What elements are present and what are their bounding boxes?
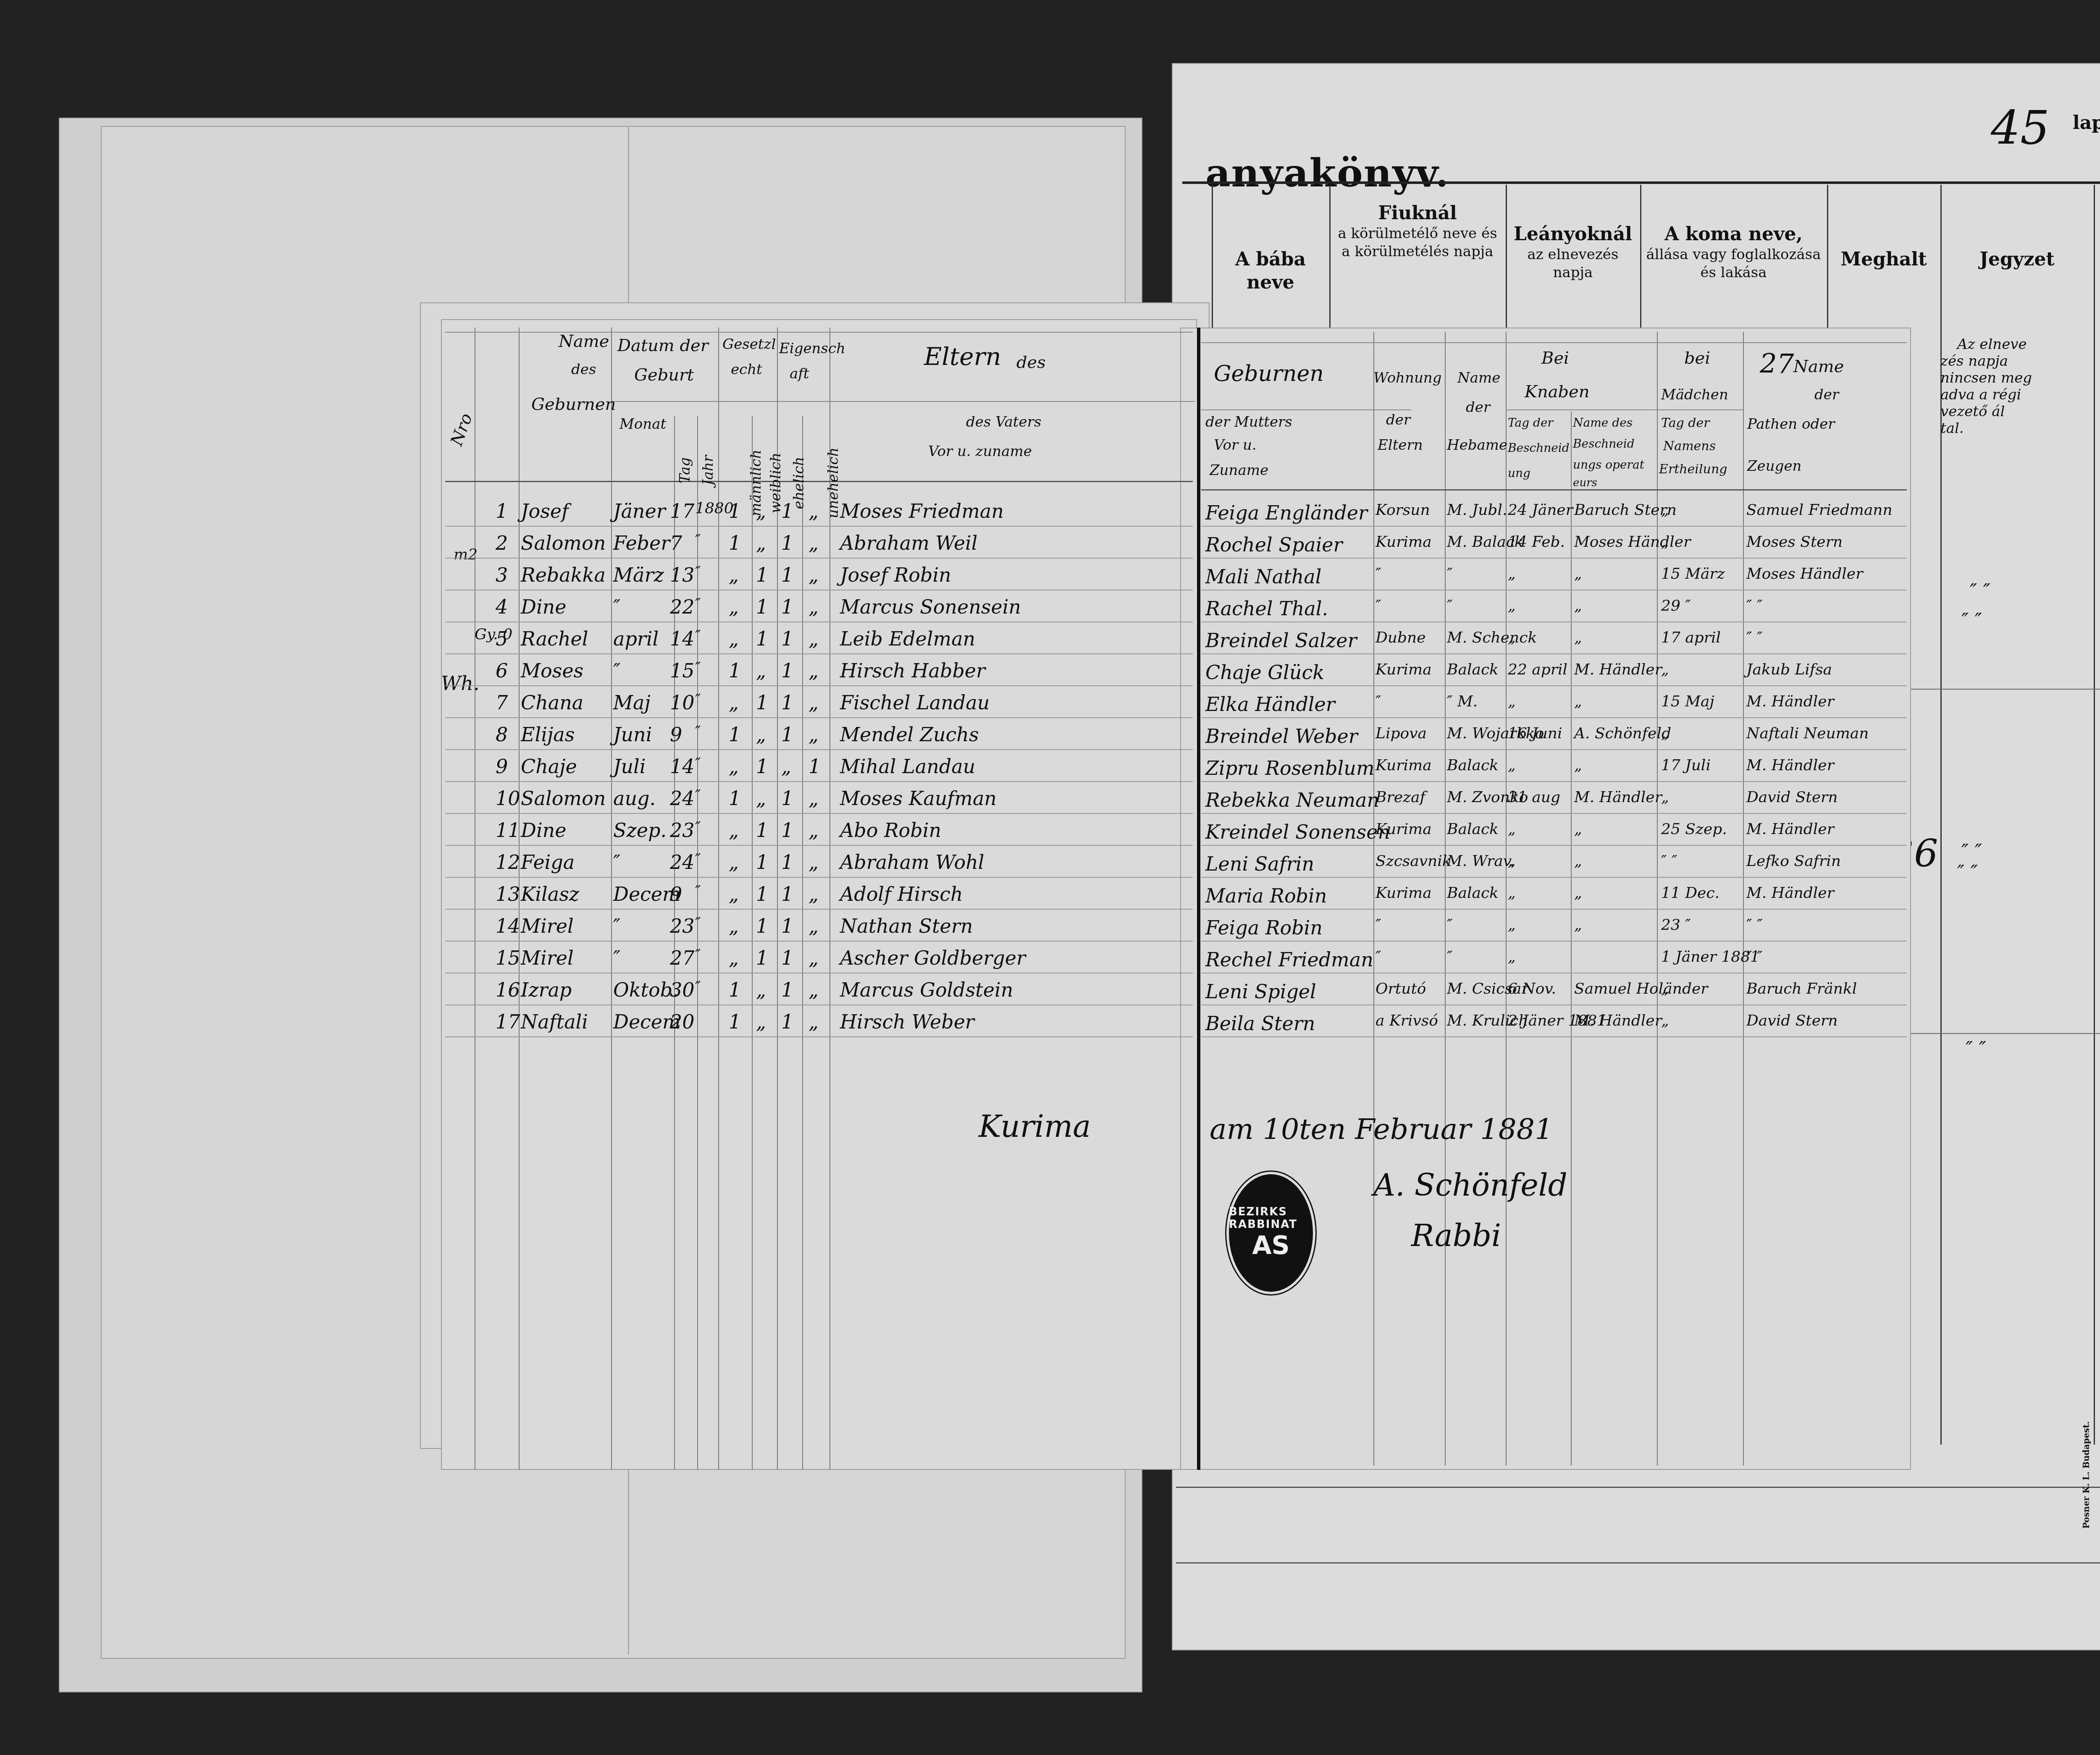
entry-c3: 1 [781,947,793,969]
entry-midwife: ″ [1447,948,1452,965]
col-header-girls-naming: Leányoknál az elnevezés napja [1508,223,1638,281]
entry-circ-name: A. Schönfeld [1574,725,1671,742]
entry-c1: 1 [729,532,741,554]
entry-name: Chaje [521,755,577,778]
entry-c2: „ [756,500,766,522]
entry-mother: Chaje Glück [1205,661,1324,684]
entry-mother: Feiga Engländer [1205,501,1368,524]
form-title-rule [1182,181,2100,184]
entry-c4: „ [808,500,819,522]
entry-c1: „ [729,595,739,618]
margin-note: m2 [454,546,478,563]
entry-circ-day: „ [1508,757,1516,774]
entry-naming-day: „ [1661,533,1669,551]
entry-year: ″ [695,819,701,836]
entry-name: Josef [521,500,569,522]
notes-column-remark: Az elneve zés napja nincsen meg adva a r… [1940,336,2092,437]
entry-year: 1880 [695,500,734,517]
entry-nr: 15 [496,947,520,969]
col-header-died: Meghalt [1829,248,1938,271]
entry-c1: „ [729,851,739,874]
entry-c3: 1 [781,500,793,522]
col-header-circumcision: Fiuknál a körülmetélő neve és a körülmet… [1331,202,1504,260]
entry-month: März [613,564,664,586]
entry-c2: 1 [756,819,768,842]
entry-residence: a Krivsó [1375,1012,1438,1029]
entry-sponsor: Lefko Safrin [1746,853,1841,870]
entry-month: Juni [613,723,652,746]
entry-c3: 1 [781,883,793,905]
entry-month: Jäner [613,500,666,522]
entry-mother: Kreindel Sonensen [1205,821,1390,843]
entry-c4: „ [808,627,819,650]
entry-c2: „ [756,978,766,1001]
entry-midwife: M. Wrav. [1447,853,1515,870]
entry-name: Elijas [521,723,575,746]
entry-father: Abo Robin [840,819,941,842]
entry-mother: Zipru Rosenblum [1205,757,1375,779]
entry-sponsor: Moses Händler [1746,565,1863,582]
entry-year: ″ [695,915,701,932]
entry-nr: 12 [496,851,520,874]
entry-day: 17 [670,500,695,522]
entry-residence: Kurima [1375,884,1432,902]
entry-circ-name: „ [1574,853,1582,870]
entry-year: ″ [695,723,701,740]
rabbinate-seal-stamp: BEZIRKS RABBINAT AS [1226,1172,1315,1294]
entry-midwife: Balack [1447,821,1499,838]
entry-sponsor: David Stern [1746,1012,1838,1029]
entry-naming-day: „ [1661,980,1669,997]
entry-c1: 1 [729,787,741,810]
entry-midwife: M. Schenck [1447,629,1537,646]
entry-c3: 1 [781,978,793,1001]
entry-nr: 8 [496,723,508,746]
entry-name: Dine [521,595,566,618]
entry-day: 23 [670,915,695,937]
entry-c2: 1 [756,595,768,618]
entry-naming-day: „ [1661,1012,1669,1029]
entry-naming-day: 25 Szep. [1661,821,1727,838]
entry-sponsor: David Stern [1746,789,1838,806]
entry-name: Dine [521,819,566,842]
entry-nr: 5 [496,627,508,650]
entry-c1: „ [729,627,739,650]
entry-nr: 10 [496,787,520,810]
entry-mother: Elka Händler [1205,693,1335,716]
entry-name: Mirel [521,915,574,937]
entry-c3: 1 [781,564,793,586]
entry-circ-name: „ [1574,821,1582,838]
entry-sponsor: ″ ″ [1746,629,1762,646]
entry-residence: Kurima [1375,757,1432,774]
entry-naming-day: 17 april [1661,629,1721,646]
entry-nr: 7 [496,691,508,714]
entry-day: 20 [670,1010,695,1033]
entry-day: 22 [670,595,695,618]
entry-midwife: Balack [1447,884,1499,902]
entry-circ-day: „ [1508,948,1516,965]
entry-c1: 1 [729,1010,741,1033]
entry-month: Feber [613,532,670,554]
entry-name: Kilasz [521,883,579,905]
entry-month: april [613,627,659,650]
entry-c2: 1 [756,947,768,969]
entry-residence: Kurima [1375,821,1432,838]
entry-c4: „ [808,947,819,969]
entry-nr: 4 [496,595,508,618]
entry-circ-name: „ [1574,597,1582,614]
entry-month: ″ [613,915,620,937]
entry-c1: „ [729,915,739,937]
entry-day: 13 [670,564,695,586]
entry-residence: Brezaf [1375,789,1425,806]
entry-name: Naftali [521,1010,588,1033]
entry-circ-name: „ [1574,693,1582,710]
entry-month: Maj [613,691,651,714]
entry-c4: „ [808,883,819,905]
entry-year: ″ [695,564,701,581]
entry-day: 14 [670,755,695,778]
entry-month: Szep. [613,819,667,842]
entry-circ-day: „ [1508,565,1516,582]
entry-residence: ″ [1375,597,1381,614]
entry-month: ″ [613,947,620,969]
entry-c2: 1 [756,627,768,650]
entry-c4: „ [808,532,819,554]
entry-circ-name: „ [1574,916,1582,934]
entry-day: 7 [670,532,682,554]
entry-c3: 1 [781,627,793,650]
entry-day: 14 [670,627,695,650]
entry-father: Fischel Landau [840,691,990,714]
entry-residence: ″ [1375,565,1381,582]
entry-day: 24 [670,787,695,810]
entry-year: ″ [695,883,701,900]
entry-circ-name: Samuel Holänder [1574,980,1708,997]
entry-c2: „ [756,723,766,746]
entry-month: ″ [613,595,620,618]
entry-year: ″ [695,659,701,677]
entry-day: 9 [670,883,682,905]
entry-name: Izrap [521,978,572,1001]
entry-circ-day: „ [1508,884,1516,902]
entry-circ-name: „ [1574,757,1582,774]
entry-c3: 1 [781,723,793,746]
entry-c4: „ [808,978,819,1001]
entry-name: Rebakka [521,564,606,586]
entry-circ-day: 22 april [1508,661,1567,678]
entry-name: Salomon [521,787,606,810]
entry-c4: „ [808,723,819,746]
entry-father: Leib Edelman [840,627,975,650]
entry-father: Josef Robin [840,564,951,586]
entry-mother: Leni Safrin [1205,853,1314,875]
entry-residence: Kurima [1375,661,1432,678]
entry-mother: Rechel Friedman [1205,948,1373,971]
entry-midwife: ″ M. [1447,693,1478,710]
entry-nr: 1 [496,500,508,522]
entry-c3: 1 [781,595,793,618]
entry-residence: Ortutó [1375,980,1426,997]
entry-name: Moses [521,659,583,682]
entry-father: Marcus Goldstein [840,978,1013,1001]
entry-c4: „ [808,691,819,714]
entry-mother: Feiga Robin [1205,916,1323,939]
entry-c1: 1 [729,500,741,522]
entry-residence: Lipova [1375,725,1427,742]
entry-naming-day: „ [1661,501,1669,519]
entry-c1: 1 [729,723,741,746]
entry-year: ″ [695,755,701,772]
entry-c2: 1 [756,915,768,937]
entry-c2: 1 [756,564,768,586]
entry-father: Hirsch Weber [840,1010,974,1033]
entry-naming-day: „ [1661,725,1669,742]
entry-midwife: Balack [1447,757,1499,774]
entry-year: ″ [695,978,701,996]
entry-c3: 1 [781,691,793,714]
col-header-midwife: A bába neve [1214,248,1327,294]
entry-day: 24 [670,851,695,874]
entry-circ-name: M. Händler [1574,1012,1662,1029]
entry-c2: „ [756,659,766,682]
entry-nr: 13 [496,883,520,905]
entry-c3: 1 [781,532,793,554]
entry-c2: 1 [756,755,768,778]
spine-rule [1197,328,1200,1470]
entry-name: Mirel [521,947,574,969]
entry-sponsor: Samuel Friedmann [1746,501,1893,519]
entry-c1: „ [729,883,739,905]
entry-circ-day: „ [1508,821,1516,838]
entry-midwife: M. Jubl. [1447,501,1507,519]
entry-day: 15 [670,659,695,682]
entry-father: Mihal Landau [840,755,975,778]
entry-c4: „ [808,787,819,810]
entry-c3: „ [781,755,791,778]
entry-year: ″ [695,691,701,708]
entry-sponsor: Jakub Lifsa [1746,661,1832,678]
entry-father: Ascher Goldberger [840,947,1026,969]
entry-name: Rachel [521,627,588,650]
entry-father: Abraham Weil [840,532,978,554]
entry-month: ″ [613,851,620,874]
entry-sponsor: Naftali Neuman [1746,725,1869,742]
entry-c3: 1 [781,819,793,842]
place-name: Kurima [979,1109,1091,1144]
entry-nr: 9 [496,755,508,778]
entry-naming-day: „ [1661,789,1669,806]
entry-residence: Szcsavnik [1375,853,1452,870]
rabbi-title: Rabbi [1411,1218,1501,1253]
margin-note: Wh. [441,672,480,695]
printer-mark: Posner K. L. Budapest. [2081,1421,2091,1529]
entry-mother: Breindel Weber [1205,725,1358,748]
entry-nr: 17 [496,1010,520,1033]
entry-sponsor: M. Händler [1746,821,1834,838]
entry-sponsor: ″ ″ [1746,597,1762,614]
entry-day: 30 [670,978,695,1001]
rabbi-signature: A. Schönfeld [1373,1167,1567,1203]
entry-midwife: ″ [1447,597,1452,614]
entry-c4: „ [808,819,819,842]
entry-naming-day: „ [1661,661,1669,678]
entry-sponsor: ″ ″ [1746,916,1762,934]
entry-c4: „ [808,915,819,937]
entry-circ-name: „ [1574,629,1582,646]
entry-sponsor: ″ ″ [1746,948,1762,965]
entry-year: ″ [695,851,701,868]
entry-c3: 1 [781,851,793,874]
entry-nr: 6 [496,659,508,682]
entry-c4: „ [808,595,819,618]
entry-mother: Leni Spigel [1205,980,1316,1003]
entry-c2: 1 [756,691,768,714]
entry-naming-day: ″ ″ [1661,853,1677,870]
entry-naming-day: 29 ″ [1661,597,1691,614]
entry-naming-day: 15 Maj [1661,693,1714,710]
entry-sponsor: M. Händler [1746,693,1834,710]
entry-nr: 16 [496,978,520,1001]
entry-day: 10 [670,691,695,714]
entry-midwife: Balack [1447,661,1499,678]
entry-father: Hirsch Habber [840,659,985,682]
entry-father: Adolf Hirsch [840,883,963,905]
page-number: 45 [1991,101,2050,155]
entry-circ-day: 16 Juni [1508,725,1562,742]
entry-circ-day: „ [1508,693,1516,710]
entry-circ-day: 24 Jäner [1508,501,1573,519]
entry-mother: Maria Robin [1205,884,1327,907]
entry-day: 9 [670,723,682,746]
entry-naming-day: 11 Dec. [1661,884,1719,902]
entry-sponsor: M. Händler [1746,884,1834,902]
entry-day: 23 [670,819,695,842]
entry-sponsor: Baruch Fränkl [1746,980,1857,997]
entry-father: Abraham Wohl [840,851,984,874]
form-title: anyakönyv. [1205,149,1449,197]
entry-year: ″ [695,947,701,964]
entry-circ-day: 14 Feb. [1508,533,1565,551]
entry-father: Moses Friedman [840,500,1004,522]
entry-year: ″ [695,627,701,645]
entry-mother: Rebekka Neuman [1205,789,1379,811]
entry-naming-day: 17 Juli [1661,757,1711,774]
entry-mother: Rochel Spaier [1205,533,1343,556]
entry-circ-day: „ [1508,597,1516,614]
entry-father: Nathan Stern [840,915,973,937]
entry-father: Moses Kaufman [840,787,997,810]
entry-naming-day: 1 Jäner 1881 [1661,948,1760,965]
entry-naming-day: 15 März [1661,565,1725,582]
entry-c1: „ [729,564,739,586]
entry-c1: 1 [729,659,741,682]
entry-mother: Mali Nathal [1205,565,1322,588]
entry-circ-day: 31 aug [1508,789,1560,806]
entry-mother: Breindel Salzer [1205,629,1357,652]
entry-c1: „ [729,947,739,969]
entry-month: Oktob. [613,978,679,1001]
entry-residence: Korsun [1375,501,1430,519]
entry-circ-day: „ [1508,853,1516,870]
entry-c1: „ [729,819,739,842]
entry-c4: „ [808,851,819,874]
entry-residence: Dubne [1375,629,1426,646]
entry-year: ″ [695,532,701,549]
entry-naming-day: 23 ″ [1661,916,1691,934]
col-header-notes: Jegyzet [1942,248,2092,271]
entry-residence: ″ [1375,948,1381,965]
entry-circ-name: M. Händler [1574,789,1662,806]
entry-circ-name: Moses Händler [1574,533,1690,551]
entry-circ-name: „ [1574,884,1582,902]
entry-c4: „ [808,1010,819,1033]
entry-c1: 1 [729,978,741,1001]
entry-nr: 11 [496,819,520,842]
entry-c1: „ [729,691,739,714]
entry-midwife: ″ [1447,565,1452,582]
entry-nr: 14 [496,915,520,937]
entry-father: Mendel Zuchs [840,723,979,746]
entry-c2: 1 [756,883,768,905]
entry-c4: „ [808,659,819,682]
entry-day: 27 [670,947,695,969]
entry-month: Juli [613,755,646,778]
entry-circ-name: „ [1574,565,1582,582]
entry-c2: 1 [756,851,768,874]
closing-date-line: am 10ten Februar 1881 [1210,1113,1553,1146]
entry-name: Salomon [521,532,606,554]
entry-father: Marcus Sonensein [840,595,1021,618]
entry-c3: 1 [781,915,793,937]
entry-circ-name: M. Händler [1574,661,1662,678]
entry-residence: Kurima [1375,533,1432,551]
entry-c2: „ [756,787,766,810]
page-label: lap. [2073,111,2100,134]
entry-c3: 1 [781,1010,793,1033]
entry-month: ″ [613,659,620,682]
entry-year: ″ [695,787,701,804]
entry-circ-day: „ [1508,916,1516,934]
entry-c3: 1 [781,659,793,682]
entry-residence: ″ [1375,916,1381,934]
entry-name: Feiga [521,851,575,874]
entry-nr: 2 [496,532,508,554]
entry-c3: 1 [781,787,793,810]
entry-month: aug. [613,787,656,810]
entry-c2: „ [756,532,766,554]
entry-mother: Beila Stern [1205,1012,1315,1035]
entry-c4: „ [808,564,819,586]
col-header-godparent: A koma neve, állása vagy foglalkozása és… [1642,223,1825,281]
entry-year: ″ [695,595,701,613]
entry-c4: 1 [808,755,821,778]
overwritten-number: 27 [1760,349,1794,380]
entry-c1: „ [729,755,739,778]
entry-name: Chana [521,691,583,714]
entry-midwife: ″ [1447,916,1452,934]
entry-sponsor: Moses Stern [1746,533,1843,551]
entry-residence: ″ [1375,693,1381,710]
entry-circ-day: „ [1508,629,1516,646]
entry-circ-day: 6 Nov. [1508,980,1556,997]
entry-nr: 3 [496,564,508,586]
entry-c2: „ [756,1010,766,1033]
entry-sponsor: M. Händler [1746,757,1834,774]
entry-mother: Rachel Thal. [1205,597,1328,620]
